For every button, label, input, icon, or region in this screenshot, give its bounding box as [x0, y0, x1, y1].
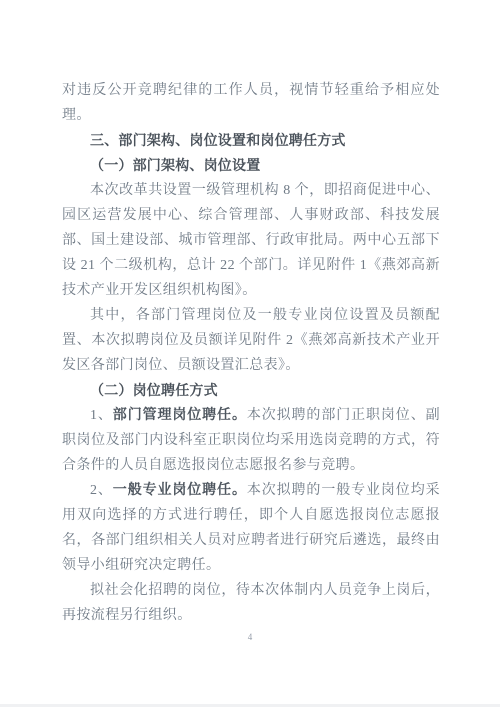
item-2-number: 2、	[90, 483, 113, 498]
document-page: 对违反公开竞聘纪律的工作人员，视情节轻重给予相应处理。 三、部门架构、岗位设置和…	[0, 0, 500, 707]
subsection-heading-one: （一）部门架构、岗位设置	[62, 153, 440, 178]
paragraph-item-1: 1、部门管理岗位聘任。本次拟聘的部门正职岗位、副职岗位及部门内设科室正职岗位均采…	[62, 403, 440, 478]
paragraph-org-structure: 本次改革共设置一级管理机构 8 个，即招商促进中心、园区运营发展中心、综合管理部…	[62, 178, 440, 303]
paragraph-discipline-handling: 对违反公开竞聘纪律的工作人员，视情节轻重给予相应处理。	[62, 78, 440, 128]
section-heading-three: 三、部门架构、岗位设置和岗位聘任方式	[62, 128, 440, 153]
page-number: 4	[0, 631, 500, 643]
item-2-lead: 一般专业岗位聘任。	[113, 483, 247, 498]
item-1-lead: 部门管理岗位聘任。	[113, 408, 247, 423]
item-1-number: 1、	[90, 408, 113, 423]
paragraph-post-quota: 其中，各部门管理岗位及一般专业岗位设置及员额配置、本次拟聘岗位及员额详见附件 2…	[62, 303, 440, 378]
paragraph-social-recruitment: 拟社会化招聘的岗位，待本次体制内人员竞争上岗后，再按流程另行组织。	[62, 578, 440, 628]
subsection-heading-two: （二）岗位聘任方式	[62, 378, 440, 403]
document-body: 对违反公开竞聘纪律的工作人员，视情节轻重给予相应处理。 三、部门架构、岗位设置和…	[62, 78, 440, 628]
paragraph-item-2: 2、一般专业岗位聘任。本次拟聘的一般专业岗位均采用双向选择的方式进行聘任，即个人…	[62, 478, 440, 578]
